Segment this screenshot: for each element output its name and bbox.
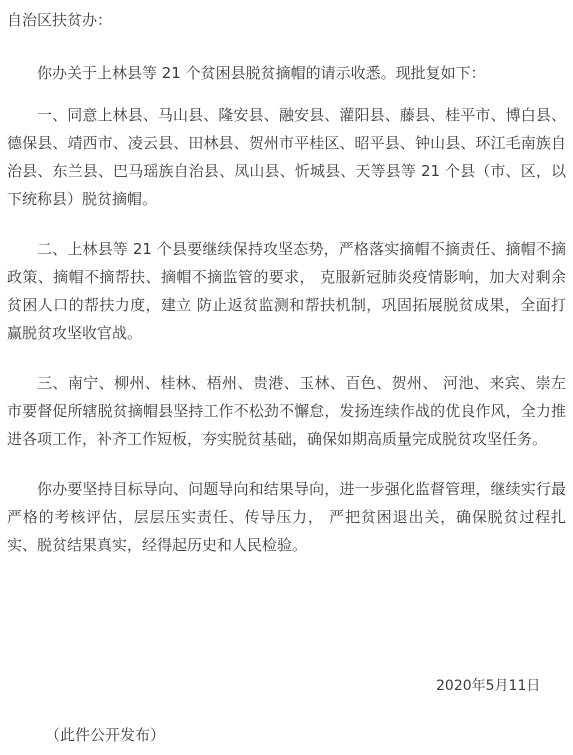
document-date: 2020年5月11日 — [436, 672, 540, 700]
publish-note: （此件公开发布） — [45, 721, 165, 749]
salutation: 自治区扶贫办： — [7, 6, 112, 34]
paragraph-1-approval: 一、同意上林县、马山县、隆安县、融安县、灌阳县、藤县、桂平市、博白县、德保县、靖… — [7, 101, 566, 213]
paragraph-2-requirements: 二、上林县等 21 个县要继续保持攻坚态势，严格落实摘帽不摘责任、摘帽不摘政策、… — [7, 235, 566, 347]
paragraph-3-cities: 三、南宁、柳州、桂林、梧州、贵港、玉林、百色、贺州、 河池、来宾、崇左市要督促所… — [7, 369, 566, 453]
intro-paragraph: 你办关于上林县等 21 个贫困县脱贫摘帽的请示收悉。现批复如下： — [7, 59, 566, 87]
paragraph-4-supervision: 你办要坚持目标导向、问题导向和结果导向，进一步强化监督管理，继续实行最严格的考核… — [7, 475, 566, 559]
